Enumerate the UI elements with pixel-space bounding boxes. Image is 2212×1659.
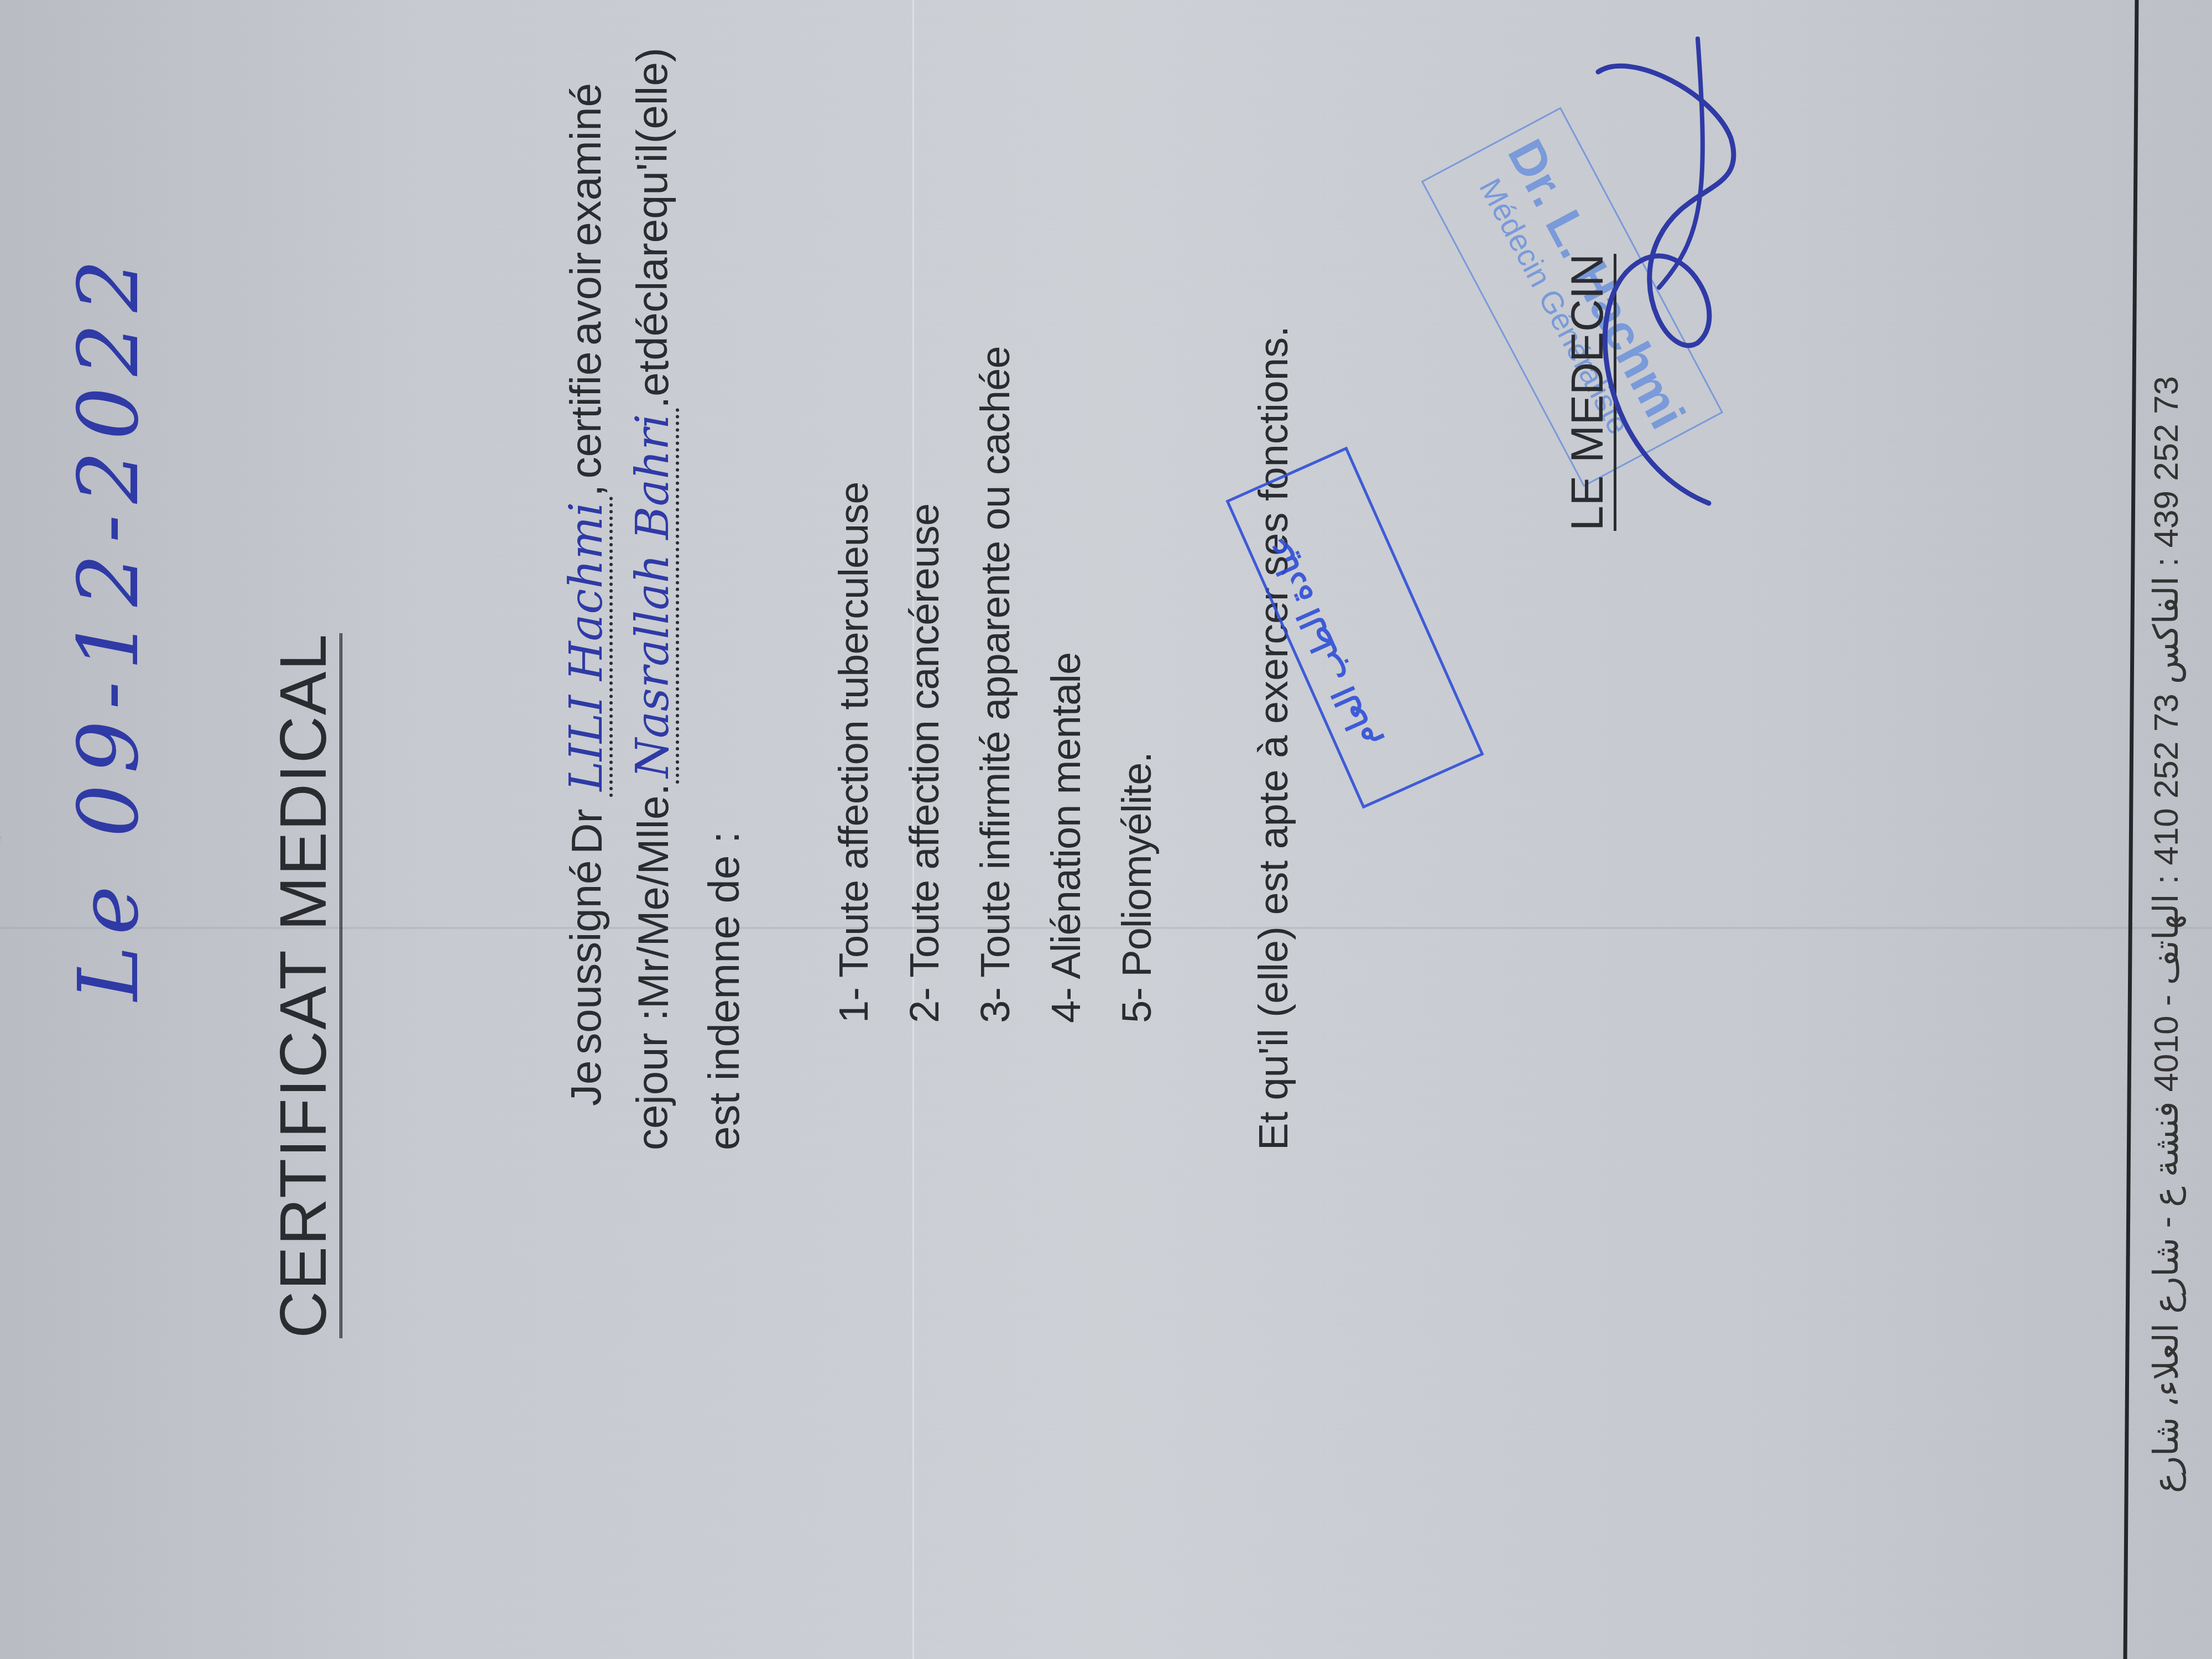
certification-line-1: Je soussigné Dr LILI Hachmi, certifie av… xyxy=(564,83,613,1106)
medical-certificate-page: ◔ Le 09-12-2022 CERTIFICAT MEDICAL Je so… xyxy=(0,0,2212,1659)
document-title: CERTIFICAT MEDICAL xyxy=(271,633,342,1338)
text-quil: qu'il xyxy=(630,144,679,219)
conditions-list: 1- Toute affection tuberculeuse 2- Toute… xyxy=(818,346,1172,1023)
text-declare: déclare xyxy=(630,219,679,361)
text-avoir: avoir xyxy=(564,252,613,346)
patient-name-handwritten: Nasrallah Bahri xyxy=(630,408,679,783)
condition-item: 1- Toute affection tuberculeuse xyxy=(818,346,889,1023)
condition-item: 2- Toute affection cancéreuse xyxy=(889,346,960,1023)
condition-item: 3- Toute infirmité apparente ou cachée xyxy=(960,346,1031,1023)
text-soussigne: soussigné xyxy=(564,860,613,1055)
text-examine: examiné xyxy=(564,83,613,246)
clinic-logo-fragment: ◔ xyxy=(0,758,28,846)
handwritten-date: Le 09-12-2022 xyxy=(61,248,157,1001)
fitness-conclusion: Et qu'il (elle) est apte à exercer ses f… xyxy=(1250,326,1297,1150)
text-dr: Dr xyxy=(562,808,611,854)
certification-line-2: ce jour : Mr/Me/Mlle.Nasrallah Bahri.et … xyxy=(630,83,679,1150)
footer-rule xyxy=(2124,0,2139,1659)
comma: , xyxy=(562,484,611,497)
text-je: Je xyxy=(564,1061,613,1106)
doctor-name-handwritten: LILI Hachmi xyxy=(564,497,613,797)
footer-contact: 73 252 439 : الفاكس 73 252 410 : الهاتف … xyxy=(2146,376,2186,1493)
certification-line-3: est indemne de : xyxy=(702,155,745,1150)
condition-item: 4- Aliénation mentale xyxy=(1031,346,1102,1023)
doctor-signature xyxy=(1565,28,1786,525)
text-et: .et xyxy=(629,361,677,409)
text-certifie: certifie xyxy=(564,352,613,479)
patient-field: Mr/Me/Mlle.Nasrallah Bahri.et xyxy=(630,361,679,1009)
doctor-field: Dr LILI Hachmi, xyxy=(564,484,613,854)
text-elle: (elle) xyxy=(630,48,679,143)
text-jour: jour : xyxy=(630,1009,679,1104)
condition-item: 5- Poliomyélite. xyxy=(1102,346,1172,1023)
text-ce: ce xyxy=(630,1105,679,1150)
text-civility: Mr/Me/Mlle. xyxy=(629,784,677,1009)
